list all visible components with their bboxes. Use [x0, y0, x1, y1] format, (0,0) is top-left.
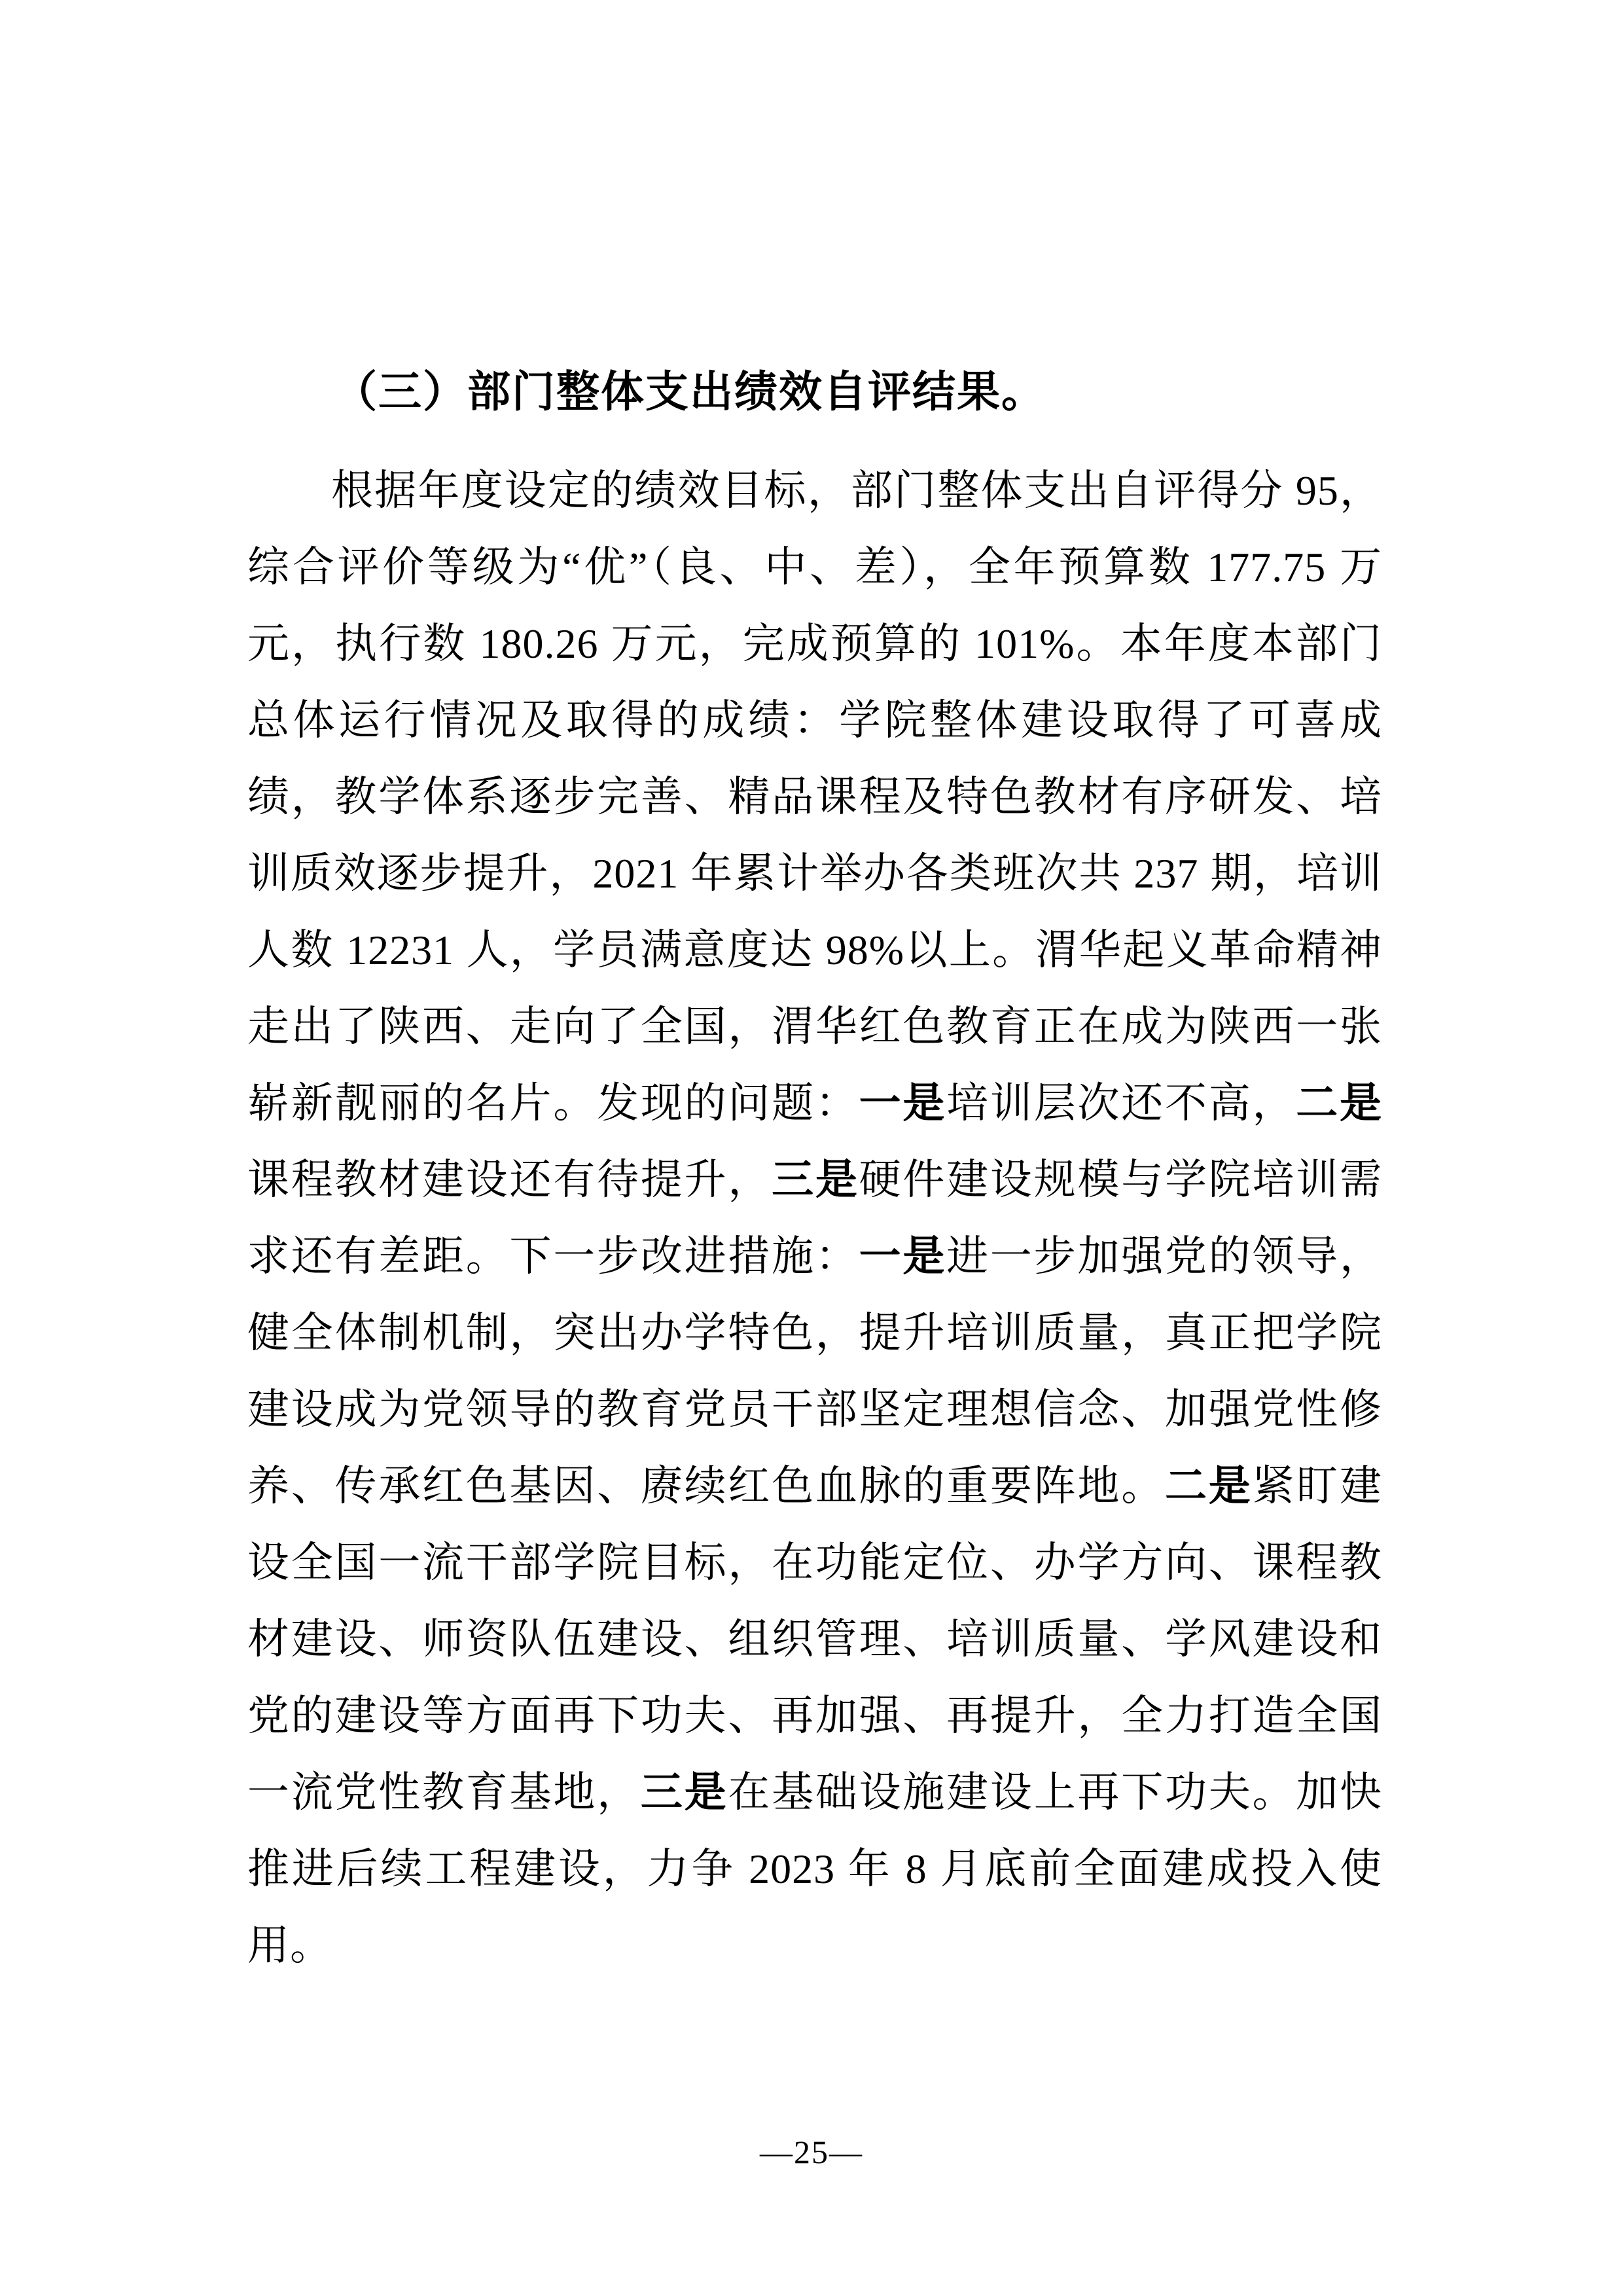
- text-run: 根据年度设定的绩效目标，部门整体支出自评得分 95，综合评价等级为“优”（良、中…: [247, 467, 1382, 1126]
- emphasis-run: 二是: [1296, 1080, 1382, 1126]
- text-run: 紧盯建设全国一流干部学院目标，在功能定位、办学方向、课程教材建设、师资队伍建设、…: [247, 1463, 1382, 1816]
- emphasis-run: 三是: [772, 1157, 859, 1203]
- body-paragraph: 根据年度设定的绩效目标，部门整体支出自评得分 95，综合评价等级为“优”（良、中…: [247, 452, 1382, 1984]
- page-number: —25—: [0, 2132, 1623, 2172]
- emphasis-run: 三是: [641, 1769, 728, 1816]
- text-run: 课程教材建设还有待提升，: [247, 1157, 772, 1203]
- emphasis-run: 一是: [859, 1080, 947, 1126]
- emphasis-run: 一是: [859, 1233, 947, 1280]
- emphasis-run: 二是: [1165, 1463, 1253, 1509]
- text-run: 培训层次还不高，: [946, 1080, 1296, 1126]
- section-heading: （三）部门整体支出绩效自评结果。: [247, 353, 1382, 431]
- document-content: （三）部门整体支出绩效自评结果。 根据年度设定的绩效目标，部门整体支出自评得分 …: [247, 353, 1382, 1984]
- document-page: （三）部门整体支出绩效自评结果。 根据年度设定的绩效目标，部门整体支出自评得分 …: [0, 0, 1623, 2296]
